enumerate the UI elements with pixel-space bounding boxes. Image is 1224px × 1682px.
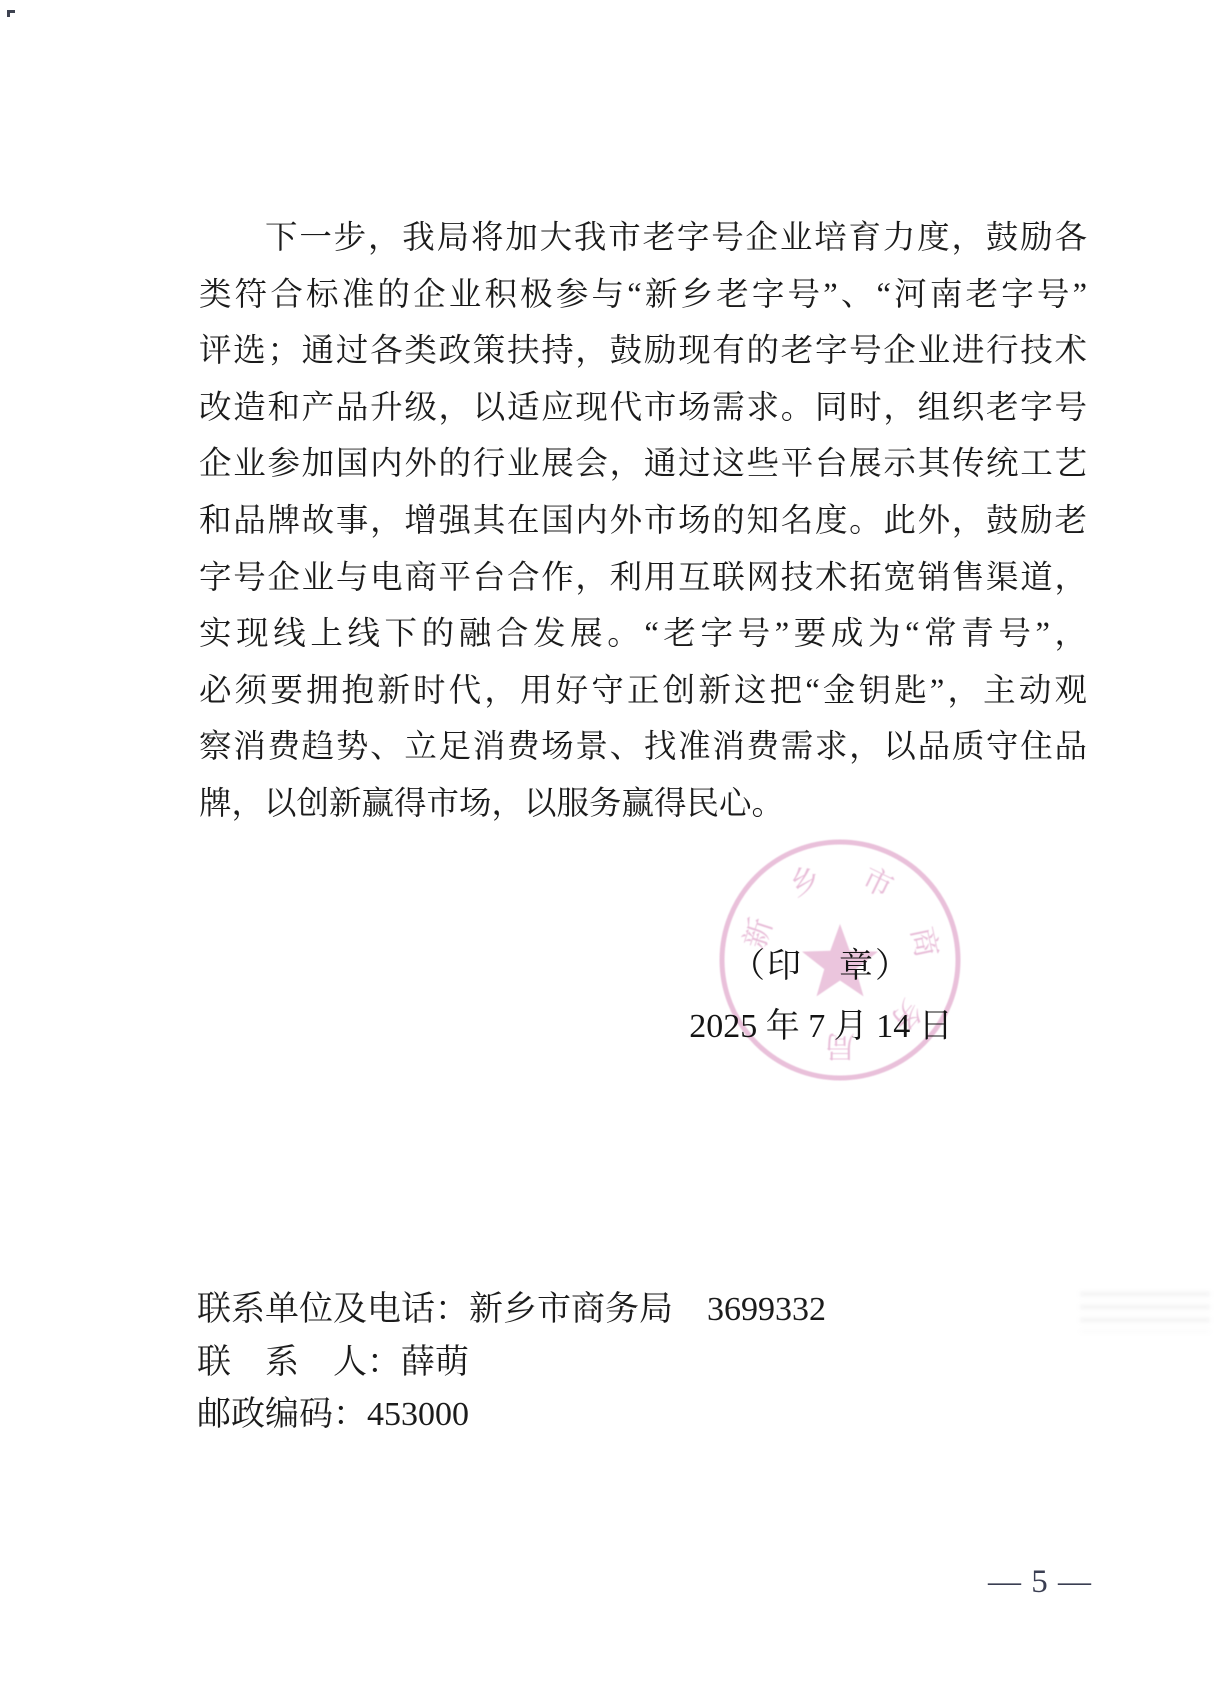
page-number: — 5 — [975, 1564, 1105, 1601]
paragraph-line: 和品牌故事，增强其在国内外市场的知名度。此外，鼓励老 [199, 493, 1087, 550]
paragraph-line: 改造和产品升级，以适应现代市场需求。同时，组织老字号 [199, 380, 1087, 437]
contact-postcode: 邮政编码：453000 [197, 1389, 826, 1442]
seal-char: 市 [857, 862, 898, 905]
paragraph-line: 评选；通过各类政策扶持，鼓励现有的老字号企业进行技术 [199, 323, 1087, 380]
seal-char: 乡 [785, 861, 826, 903]
scan-artifact [7, 10, 15, 13]
contact-block: 联系单位及电话：新乡市商务局 3699332 联 系 人：薛萌 邮政编码：453… [197, 1284, 826, 1442]
paragraph-line: 实现线上线下的融合发展。“老字号”要成为“常青号”， [199, 606, 1087, 663]
paragraph-line: 察消费趋势、立足消费场景、找准消费需求，以品质守住品 [199, 719, 1087, 776]
contact-person: 联 系 人：薛萌 [197, 1337, 826, 1390]
paragraph-line: 下一步，我局将加大我市老字号企业培育力度，鼓励各 [199, 210, 1087, 267]
contact-unit-phone: 联系单位及电话：新乡市商务局 3699332 [197, 1284, 826, 1337]
paragraph-line: 类符合标准的企业积极参与“新乡老字号”、“河南老字号” [199, 267, 1087, 324]
paragraph-line: 必须要拥抱新时代，用好守正创新这把“金钥匙”，主动观 [199, 663, 1087, 720]
paragraph-line: 企业参加国内外的行业展会，通过这些平台展示其传统工艺 [199, 436, 1087, 493]
body-paragraph: 下一步，我局将加大我市老字号企业培育力度，鼓励各 类符合标准的企业积极参与“新乡… [199, 210, 1087, 833]
paragraph-line: 字号企业与电商平台合作，利用互联网技术拓宽销售渠道， [199, 550, 1087, 607]
document-date: 2025 年 7 月 14 日 [660, 998, 982, 1047]
seal-placeholder-text: （印 章） [660, 938, 982, 987]
document-page: 下一步，我局将加大我市老字号企业培育力度，鼓励各 类符合标准的企业积极参与“新乡… [0, 0, 1224, 1682]
scan-smudge [1080, 1292, 1210, 1332]
